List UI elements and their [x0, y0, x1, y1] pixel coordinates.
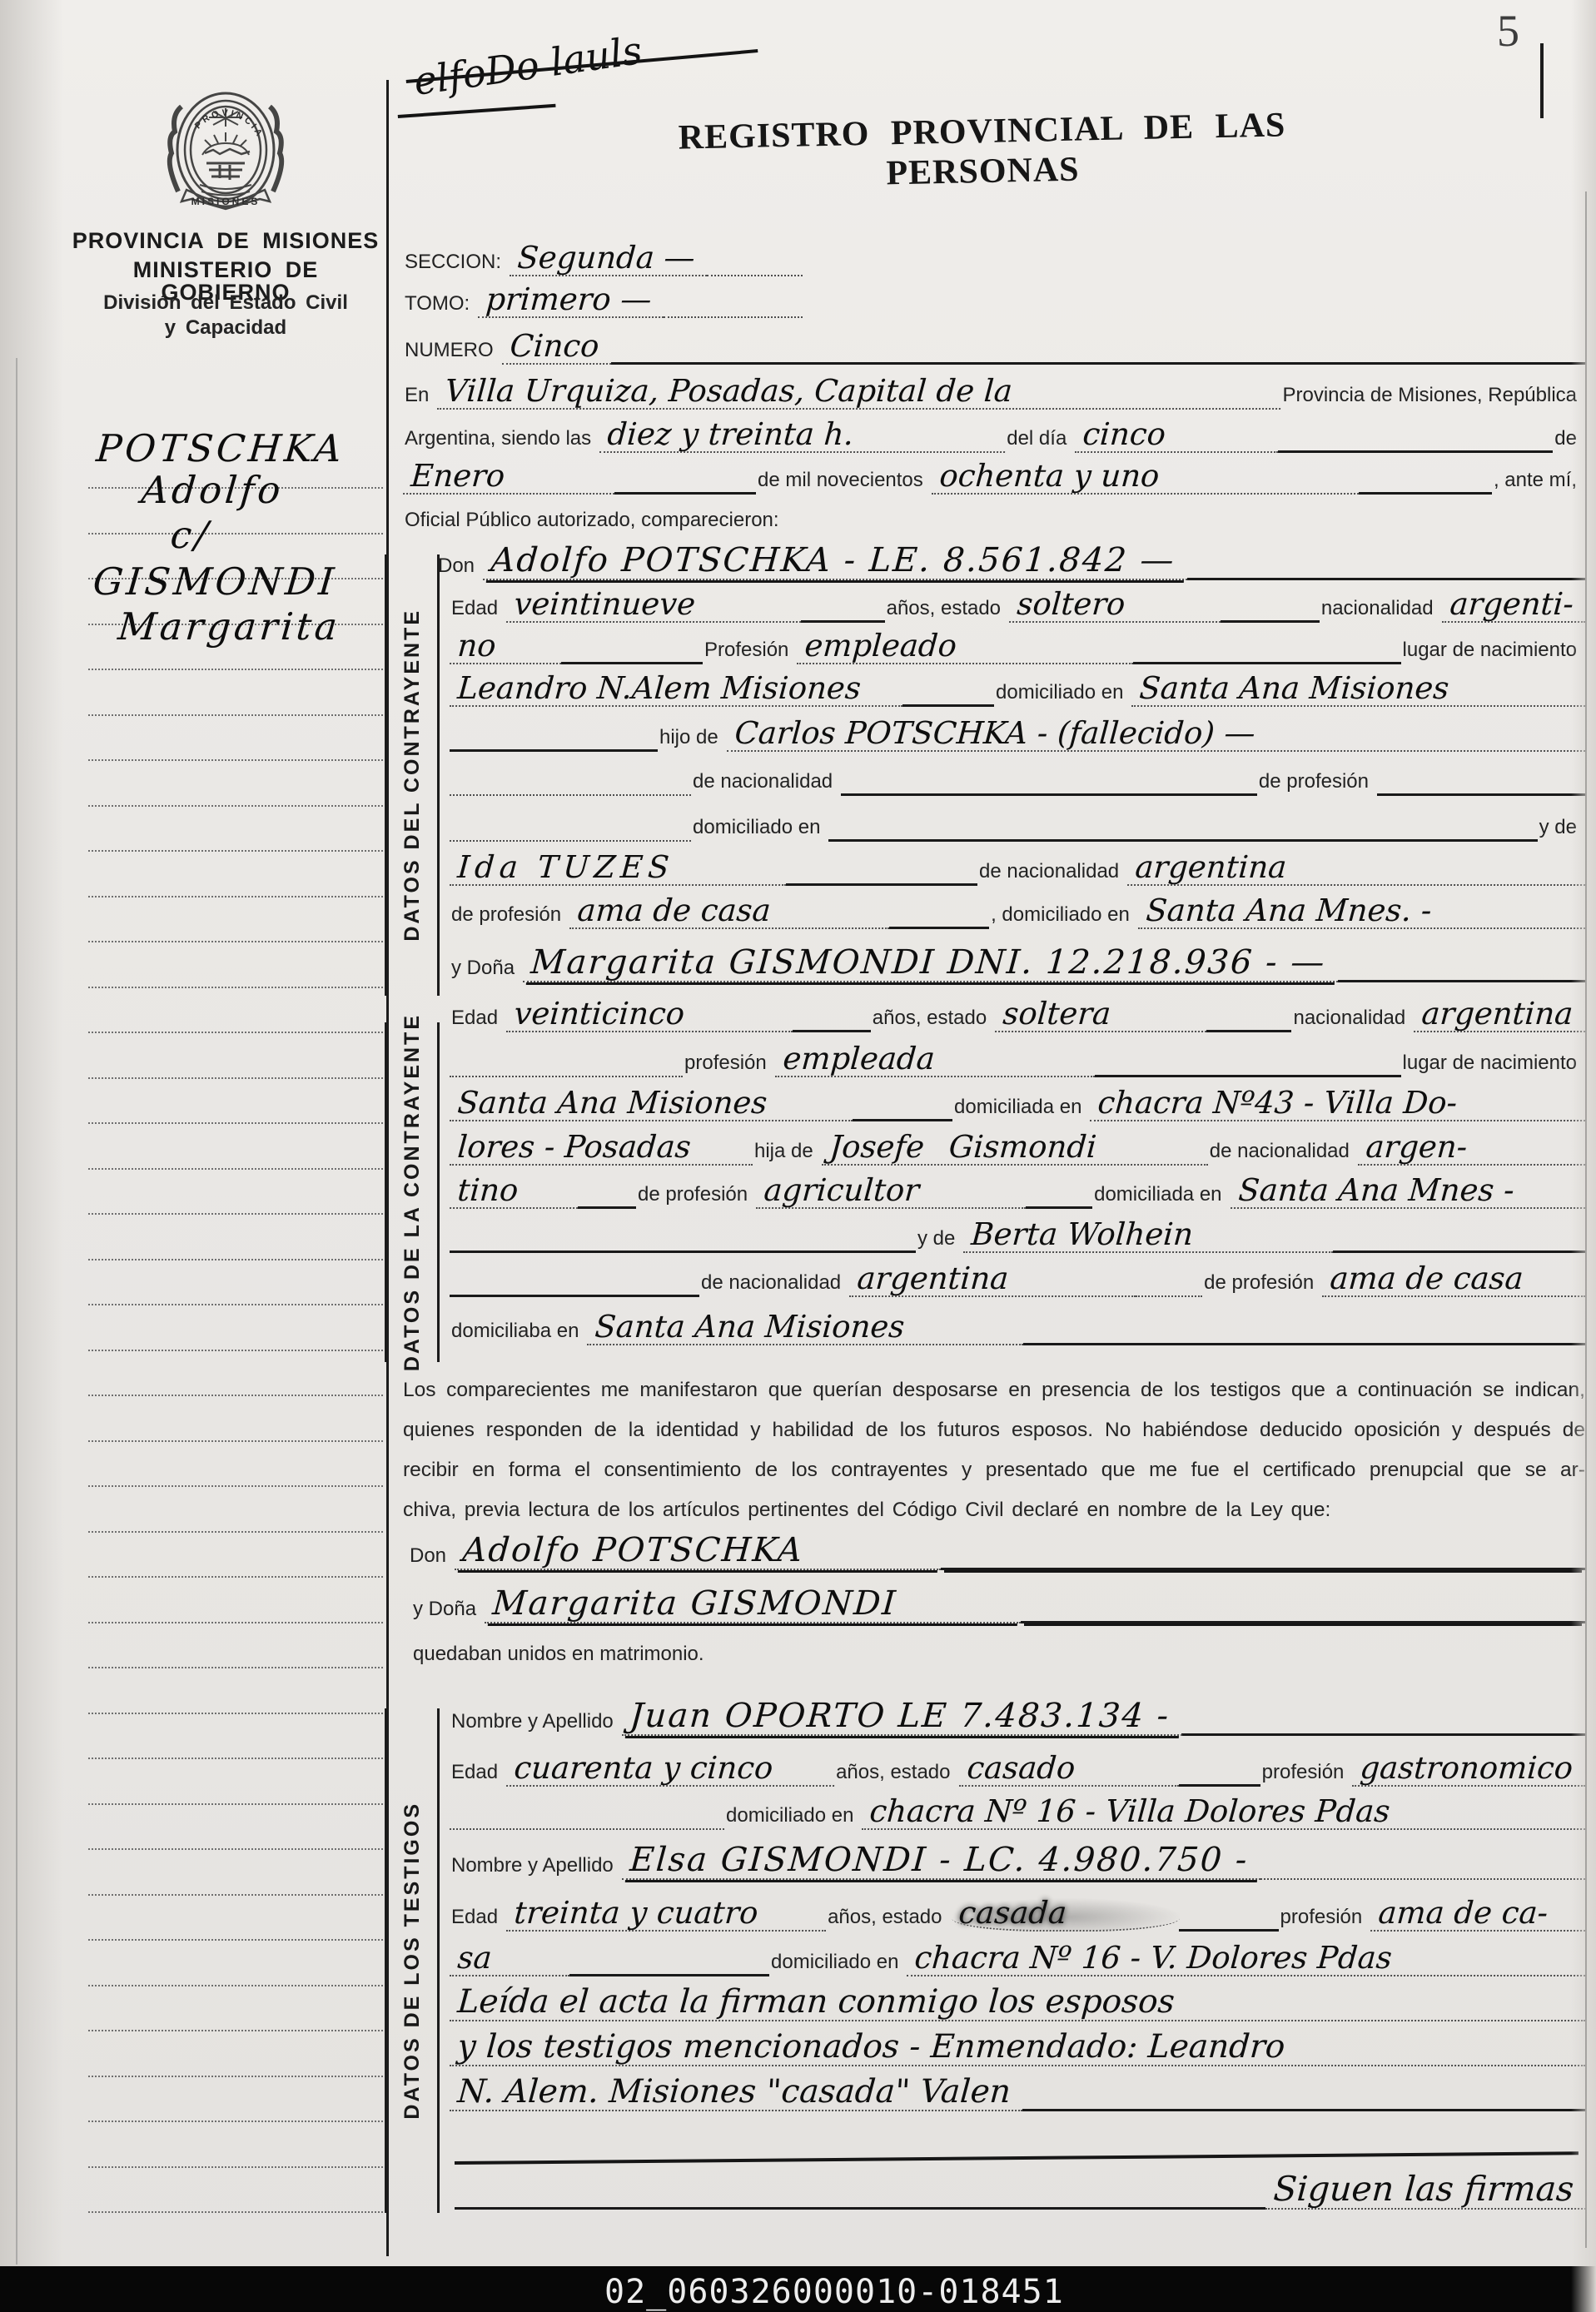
signatures-stroke — [455, 2199, 1265, 2210]
numero-stroke — [611, 354, 1585, 365]
groom-father-prof-label: de profesión — [1257, 772, 1377, 796]
w1-dom-value: chacra Nº 16 - Villa Dolores Pdas — [862, 1797, 1587, 1830]
witness-section-label: DATOS DE LOS TESTIGOS — [400, 1802, 425, 2120]
w1-name-value: Juan OPORTO LE 7.483.134 - — [622, 1700, 1185, 1736]
dia-value: cinco — [1075, 420, 1280, 453]
signatures-note: Siguen las firmas — [1265, 2173, 1589, 2210]
groom-estado-value: soltero — [1009, 589, 1223, 623]
tomo-value: primero — — [478, 285, 666, 318]
w1-name-stroke — [1181, 1725, 1585, 1736]
row-witness2-domicile: sa domiciliado en chacra Nº 16 - V. Dolo… — [450, 1933, 1585, 1976]
bride-father-value: Josefe Gismondi — [822, 1132, 1211, 1166]
row-bride-domicile: domiciliaba en Santa Ana Misiones — [450, 1302, 1585, 1345]
groom-lugar-value: Leandro N.Alem Misiones — [450, 674, 905, 707]
groom-nac-cont: no — [450, 631, 564, 664]
groom-mother-prof-label: de profesión — [450, 905, 569, 929]
bride-domiciliaba-label: domiciliaba en — [450, 1321, 587, 1345]
bride-nac-value: argentina — [1414, 999, 1588, 1032]
margin-dotted-line — [88, 1531, 383, 1533]
row-closing1: Leída el acta la firman conmigo los espo… — [450, 1978, 1585, 2021]
document-title: REGISTRO PROVINCIAL DE LAS PERSONAS — [582, 103, 1383, 200]
bride-edad-label: Edad — [450, 1008, 506, 1032]
row-bride-father-details: tino de profesión agricultor domiciliada… — [450, 1166, 1585, 1209]
w2-prof-cont: sa — [450, 1943, 572, 1976]
declaration-line4: chiva, previa lectura de los artículos p… — [403, 1490, 1585, 1530]
bride-nac-label: nacionalidad — [1291, 1008, 1414, 1032]
margin-dotted-line — [88, 1848, 383, 1850]
groom-mother-nac-value: argentina — [1127, 853, 1588, 886]
w2-prof-label: profesión — [1279, 1907, 1371, 1932]
row-declaration-bride: y Doña Margarita GISMONDI — [411, 1580, 1585, 1623]
groom-edad-value: veintinueve — [506, 589, 803, 623]
margin-dotted-line — [88, 714, 383, 716]
bride-md-dots — [1136, 1287, 1202, 1297]
groom-prof-value: empleado — [797, 631, 1136, 664]
seal-top-text: PROVINCIA — [193, 108, 266, 140]
margin-dotted-line — [88, 2211, 383, 2213]
row-bride-age: Edad veinticinco años, estado soltera na… — [450, 989, 1585, 1032]
form-right-border — [1585, 191, 1587, 2248]
numero-label: NUMERO — [403, 341, 502, 365]
closing-line1: Leída el acta la firman conmigo los espo… — [450, 1986, 1588, 2021]
margin-dotted-line — [88, 941, 383, 942]
bride-lugar-label: lugar de nacimiento — [1401, 1053, 1585, 1077]
bride-mother-stroke — [1333, 1242, 1585, 1253]
decl-groom-name: Adolfo POTSCHKA — [455, 1534, 943, 1570]
bride-father-prof-value: agricultor — [756, 1176, 1028, 1209]
row-oficial: Oficial Público autorizado, compareciero… — [403, 491, 1152, 534]
groom-don-label: Don — [436, 556, 483, 580]
decl-bride-name: Margarita GISMONDI — [485, 1588, 1023, 1623]
bride-father-nac-cont: tino — [450, 1176, 580, 1209]
decl-dona-label: y Doña — [411, 1599, 485, 1623]
bride-dom-label: domiciliada en — [952, 1097, 1090, 1121]
bride-hija-label: hija de — [753, 1141, 822, 1166]
row-month-year: Enero de mil novecientos ochenta y uno ,… — [403, 451, 1585, 495]
margin-dotted-line — [88, 987, 383, 988]
w1-estado-stroke — [1179, 1776, 1260, 1787]
row-groom-father-domicile: domiciliado en y de — [450, 798, 1585, 842]
w2-estado-value: casada — [951, 1898, 1181, 1932]
row-bride-profession: profesión empleada lugar de nacimiento — [450, 1034, 1585, 1077]
row-groom-father: hijo de Carlos POTSCHKA - (fallecido) — — [450, 709, 1585, 752]
margin-dotted-line — [88, 1803, 383, 1805]
margin-dotted-line — [88, 1350, 383, 1351]
bride-domiciliaba-stroke — [1023, 1335, 1585, 1345]
bride-md-blank — [450, 1286, 699, 1297]
margin-case-surname-bride: GISMONDI — [92, 559, 339, 604]
bride-dom-value: chacra Nº43 - Villa Do- — [1090, 1088, 1587, 1121]
groom-fdom-line2 — [828, 831, 1537, 842]
margin-dotted-line — [88, 2030, 383, 2031]
bride-name-value: Margarita GISMONDI DNI. 12.218.936 - — — [523, 947, 1340, 982]
bride-father-prof-label: de profesión — [636, 1185, 756, 1209]
row-groom-birthplace: Leandro N.Alem Misiones domiciliado en S… — [450, 664, 1585, 707]
margin-dotted-line — [88, 1395, 383, 1396]
margin-dotted-line — [88, 1713, 383, 1714]
margin-dotted-line — [88, 2166, 383, 2168]
witness-section-band: DATOS DE LOS TESTIGOS — [385, 1708, 440, 2213]
bride-estado-stroke — [1206, 1022, 1291, 1032]
row-united: quedaban unidos en matrimonio. — [411, 1625, 994, 1668]
w2-name-dots — [1260, 1870, 1585, 1880]
row-groom-father-details: de nacionalidad de profesión — [450, 753, 1585, 796]
decl-bride-stroke — [1021, 1613, 1585, 1623]
row-time-day: Argentina, siendo las diez y treinta h. … — [403, 410, 1585, 453]
letterhead-division-line1: División del Estado Civil — [65, 293, 386, 313]
row-bride-birthplace: Santa Ana Misiones domiciliada en chacra… — [450, 1078, 1585, 1121]
w2-name-label: Nombre y Apellido — [450, 1856, 622, 1880]
letterhead-division-line2: y Capacidad — [65, 318, 386, 338]
bride-domiciliaba-value: Santa Ana Misiones — [587, 1312, 1026, 1345]
w1-dom-blank — [450, 1820, 724, 1830]
groom-fd-line1 — [450, 786, 691, 796]
bride-edad-stroke — [793, 1022, 871, 1032]
declaration-line3: recibir en forma el consentimiento de lo… — [403, 1450, 1585, 1490]
bride-edad-value: veinticinco — [506, 999, 795, 1032]
margin-dotted-line — [88, 1440, 383, 1442]
w2-estado-label: años, estado — [826, 1907, 950, 1932]
svg-text:PROVINCIA: PROVINCIA — [193, 108, 266, 140]
bride-prof-label: profesión — [683, 1053, 775, 1077]
margin-dotted-line — [88, 1985, 383, 1986]
row-bride-mother: y de Berta Wolhein — [450, 1210, 1585, 1253]
seal-bottom-text: MISIONES — [191, 196, 261, 207]
bride-father-nac-label: de nacionalidad — [1208, 1141, 1358, 1166]
mes-value: Enero — [403, 461, 617, 495]
closing-line2: y los testigos mencionados - Enmendado: … — [450, 2031, 1588, 2066]
bride-mother-value: Berta Wolhein — [963, 1220, 1335, 1253]
note-flourish-line2 — [398, 104, 556, 118]
groom-nac-value: argenti- — [1442, 589, 1588, 623]
row-signatures-note: Siguen las firmas — [455, 2166, 1585, 2210]
groom-fd-line2 — [841, 785, 1257, 796]
w1-prof-label: profesión — [1260, 1763, 1353, 1787]
margin-dotted-line — [88, 1077, 383, 1079]
bride-name-stroke — [1338, 972, 1585, 982]
groom-estado-label: años, estado — [885, 599, 1009, 623]
seccion-value: Segunda — — [510, 243, 709, 276]
bride-father-dom-value: Santa Ana Mnes - — [1231, 1176, 1588, 1209]
margin-dotted-line — [88, 1122, 383, 1124]
row-witness1-domicile: domiciliado en chacra Nº 16 - Villa Dolo… — [450, 1787, 1585, 1830]
seccion-label: SECCION: — [403, 252, 510, 276]
bride-estado-value: soltera — [995, 999, 1209, 1032]
groom-lugar-stroke — [902, 696, 994, 707]
letterhead-province: PROVINCIA DE MISIONES — [65, 230, 386, 252]
row-place: En Villa Urquiza, Posadas, Capital de la… — [403, 366, 1585, 410]
margin-dotted-line — [88, 1667, 383, 1668]
margin-dotted-line — [88, 1168, 383, 1170]
w1-estado-label: años, estado — [834, 1763, 958, 1787]
bride-estado-label: años, estado — [871, 1008, 995, 1032]
bride-lugar-stroke — [853, 1111, 952, 1121]
row-bride-mother-details: de nacionalidad argentina de profesión a… — [450, 1254, 1585, 1297]
row-groom-mother: Ida TUZES de nacionalidad argentina — [450, 843, 1585, 886]
groom-section-label: DATOS DEL CONTRAYENTE — [400, 609, 425, 942]
row-witness2-age: Edad treinta y cuatro años, estado casad… — [450, 1888, 1585, 1932]
groom-nac-label: nacionalidad — [1320, 599, 1442, 623]
row-groom-mother-details: de profesión ama de casa , domiciliado e… — [450, 886, 1585, 929]
margin-dotted-line — [88, 1939, 383, 1941]
margin-dotted-line — [88, 1259, 383, 1260]
groom-y-de-label: y de — [1538, 818, 1585, 842]
w2-estado-stroke — [1179, 1921, 1279, 1932]
groom-fdom-line1 — [450, 832, 691, 842]
groom-section-band: DATOS DEL CONTRAYENTE — [385, 554, 440, 996]
bride-dona-label: y Doña — [450, 958, 523, 982]
groom-father-nac-label: de nacionalidad — [691, 772, 841, 796]
row-numero: NUMERO Cinco — [403, 321, 1585, 365]
bride-mother-blank — [450, 1242, 916, 1253]
w1-name-label: Nombre y Apellido — [450, 1712, 622, 1736]
bride-dom-cont: lores - Posadas — [450, 1132, 755, 1166]
en-suffix: Provincia de Misiones, República — [1280, 385, 1585, 410]
row-closing3: N. Alem. Misiones "casada" Valen — [450, 2068, 1585, 2111]
oficial-line: Oficial Público autorizado, compareciero… — [403, 510, 788, 534]
dia-label: del día — [1005, 429, 1075, 453]
groom-hijo-label: hijo de — [658, 728, 727, 752]
decl-don-label: Don — [408, 1546, 455, 1570]
closing-line3: N. Alem. Misiones "casada" Valen — [450, 2076, 1025, 2111]
bride-section-band: DATOS DE LA CONTRAYENTE — [385, 1022, 440, 1362]
bride-mother-prof-label: de profesión — [1202, 1273, 1322, 1297]
groom-dom-label: domiciliado en — [994, 683, 1131, 707]
row-groom-profession: no Profesión empleado lugar de nacimient… — [450, 621, 1585, 664]
anio-value: ochenta y uno — [932, 461, 1361, 495]
declaration-line2: quienes responden de la identidad y habi… — [403, 1410, 1585, 1450]
margin-dotted-line — [88, 1304, 383, 1305]
bride-fp-stroke — [1026, 1198, 1092, 1209]
row-witness2-name: Nombre y Apellido Elsa GISMONDI - LC. 4.… — [450, 1837, 1585, 1880]
w1-estado-value: casado — [959, 1753, 1181, 1787]
groom-mother-dom-label: , domiciliado en — [989, 905, 1138, 929]
w1-edad-label: Edad — [450, 1763, 506, 1787]
groom-edad-label: Edad — [450, 599, 506, 623]
w2-prof-value: ama de ca- — [1370, 1898, 1588, 1932]
groom-mp-stroke — [889, 918, 989, 929]
groom-mother-nac-label: de nacionalidad — [977, 862, 1127, 886]
margin-dotted-line — [88, 2076, 383, 2077]
margin-case-surname-groom: POTSCHKA — [95, 426, 347, 470]
groom-fd-line3 — [1377, 785, 1585, 796]
w1-edad-value: cuarenta y cinco — [506, 1753, 837, 1787]
bride-father-dom-label: domiciliada en — [1092, 1185, 1230, 1209]
groom-father-blank — [450, 741, 658, 752]
closing3-stroke — [1022, 2101, 1585, 2111]
bride-mother-nac-label: de nacionalidad — [699, 1273, 849, 1297]
margin-case-versus: c/ — [169, 513, 213, 557]
bride-lugar-value: Santa Ana Misiones — [450, 1088, 855, 1121]
scan-paper-edge — [16, 358, 17, 2265]
w2-dom-label: domiciliado en — [769, 1952, 907, 1976]
misiones-coat-of-arms: PROVINCIA MISIONES — [163, 83, 288, 221]
groom-dom-value: Santa Ana Misiones — [1131, 674, 1587, 707]
margin-dotted-line — [88, 759, 383, 761]
margin-dotted-line — [88, 1622, 383, 1623]
hora-value: diez y treinta h. — [599, 420, 1007, 453]
groom-name-value: Adolfo POTSCHKA - LE. 8.561.842 — — [483, 544, 1190, 580]
tomo-label: TOMO: — [403, 294, 478, 318]
margin-dotted-line — [88, 1213, 383, 1215]
siendo-label: Argentina, siendo las — [403, 429, 599, 453]
margin-dotted-line — [88, 1032, 383, 1033]
bride-prof-blank — [450, 1067, 683, 1077]
groom-mother-dom-value: Santa Ana Mnes. - — [1138, 896, 1588, 929]
page-corner-mark — [1540, 43, 1544, 118]
declaration-paragraph: Los comparecientes me manifestaron que q… — [403, 1370, 1585, 1530]
margin-dotted-line — [88, 669, 383, 670]
w1-dom-label: domiciliado en — [724, 1806, 862, 1830]
margin-dotted-line — [88, 850, 383, 852]
row-closing2: y los testigos mencionados - Enmendado: … — [450, 2023, 1585, 2066]
row-bride-father: lores - Posadas hija de Josefe Gismondi … — [450, 1122, 1585, 1166]
bride-mother-nac-value: argentina — [849, 1264, 1138, 1297]
groom-prof-label: Profesión — [703, 640, 797, 664]
w2-dom-value: chacra Nº 16 - V. Dolores Pdas — [907, 1943, 1587, 1976]
numero-value: Cinco — [502, 331, 614, 365]
margin-dotted-line — [88, 533, 383, 534]
groom-mother-value: Ida TUZES — [450, 853, 788, 886]
groom-lugar-label: lugar de nacimiento — [1401, 640, 1585, 664]
margin-dotted-line — [88, 805, 383, 807]
ante-label: , ante mí, — [1492, 470, 1585, 495]
row-tomo: TOMO: primero — — [403, 275, 803, 318]
groom-mother-prof-value: ama de casa — [569, 896, 892, 929]
bride-prof-stroke — [1095, 1067, 1401, 1077]
margin-dotted-line — [88, 2121, 383, 2122]
en-label: En — [403, 385, 437, 410]
row-witness1-name: Nombre y Apellido Juan OPORTO LE 7.483.1… — [450, 1693, 1585, 1736]
de-label: de — [1553, 429, 1585, 453]
w2-edad-label: Edad — [450, 1907, 506, 1932]
row-bride-name: y Doña Margarita GISMONDI DNI. 12.218.93… — [450, 939, 1585, 982]
margin-case-firstname-bride: Margarita — [117, 604, 343, 649]
w1-prof-value: gastronomico — [1352, 1753, 1587, 1787]
groom-mother-stroke — [786, 875, 977, 886]
row-groom-age: Edad veintinueve años, estado soltero na… — [450, 579, 1585, 623]
row-witness1-age: Edad cuarenta y cinco años, estado casad… — [450, 1743, 1585, 1787]
row-groom-name: Don Adolfo POTSCHKA - LE. 8.561.842 — — [436, 537, 1585, 580]
united-line: quedaban unidos en matrimonio. — [411, 1644, 713, 1668]
place-value: Villa Urquiza, Posadas, Capital de la — [437, 376, 1283, 410]
margin-dotted-line — [88, 1894, 383, 1896]
margin-dotted-line — [88, 1576, 383, 1578]
decl-groom-stroke — [941, 1559, 1585, 1570]
bride-mother-prof-value: ama de casa — [1322, 1264, 1588, 1297]
declaration-line1: Los comparecientes me manifestaron que q… — [403, 1370, 1585, 1410]
groom-father-value: Carlos POTSCHKA - (fallecido) — — [727, 718, 1588, 752]
margin-dotted-line — [88, 1485, 383, 1487]
scanned-marriage-certificate: 5 PROVINCIA MISIONES PROVINCIA DE MISION… — [0, 0, 1596, 2312]
w2-prof-cont-stroke — [569, 1966, 769, 1976]
bride-y-de-label: y de — [916, 1229, 963, 1253]
bride-father-nac-value: argen- — [1358, 1132, 1588, 1166]
scanner-footer-bar: 02_060326000010-018451 — [0, 2266, 1596, 2312]
bride-fn-stroke — [578, 1198, 636, 1209]
margin-case-firstname-groom: Adolfo — [140, 468, 286, 512]
bride-prof-value: empleada — [775, 1044, 1097, 1077]
groom-father-dom-label: domiciliado en — [691, 818, 828, 842]
closing-blank-line — [455, 2151, 1579, 2165]
bride-section-label: DATOS DE LA CONTRAYENTE — [400, 1013, 425, 1371]
margin-dotted-line — [88, 1758, 383, 1759]
top-handwritten-note: elfoDo lauls — [411, 27, 645, 104]
anio-stroke — [1359, 484, 1492, 495]
row-declaration-groom: Don Adolfo POTSCHKA — [408, 1527, 1585, 1570]
row-seccion: SECCION: Segunda — — [403, 233, 803, 276]
tomo-line — [664, 308, 803, 318]
w2-name-value: Elsa GISMONDI - LC. 4.980.750 - — [622, 1844, 1263, 1880]
margin-dotted-line — [88, 896, 383, 897]
w2-edad-value: treinta y cuatro — [506, 1898, 828, 1932]
page-number: 5 — [1497, 5, 1519, 57]
footer-code: 02_060326000010-018451 — [604, 2273, 1064, 2311]
